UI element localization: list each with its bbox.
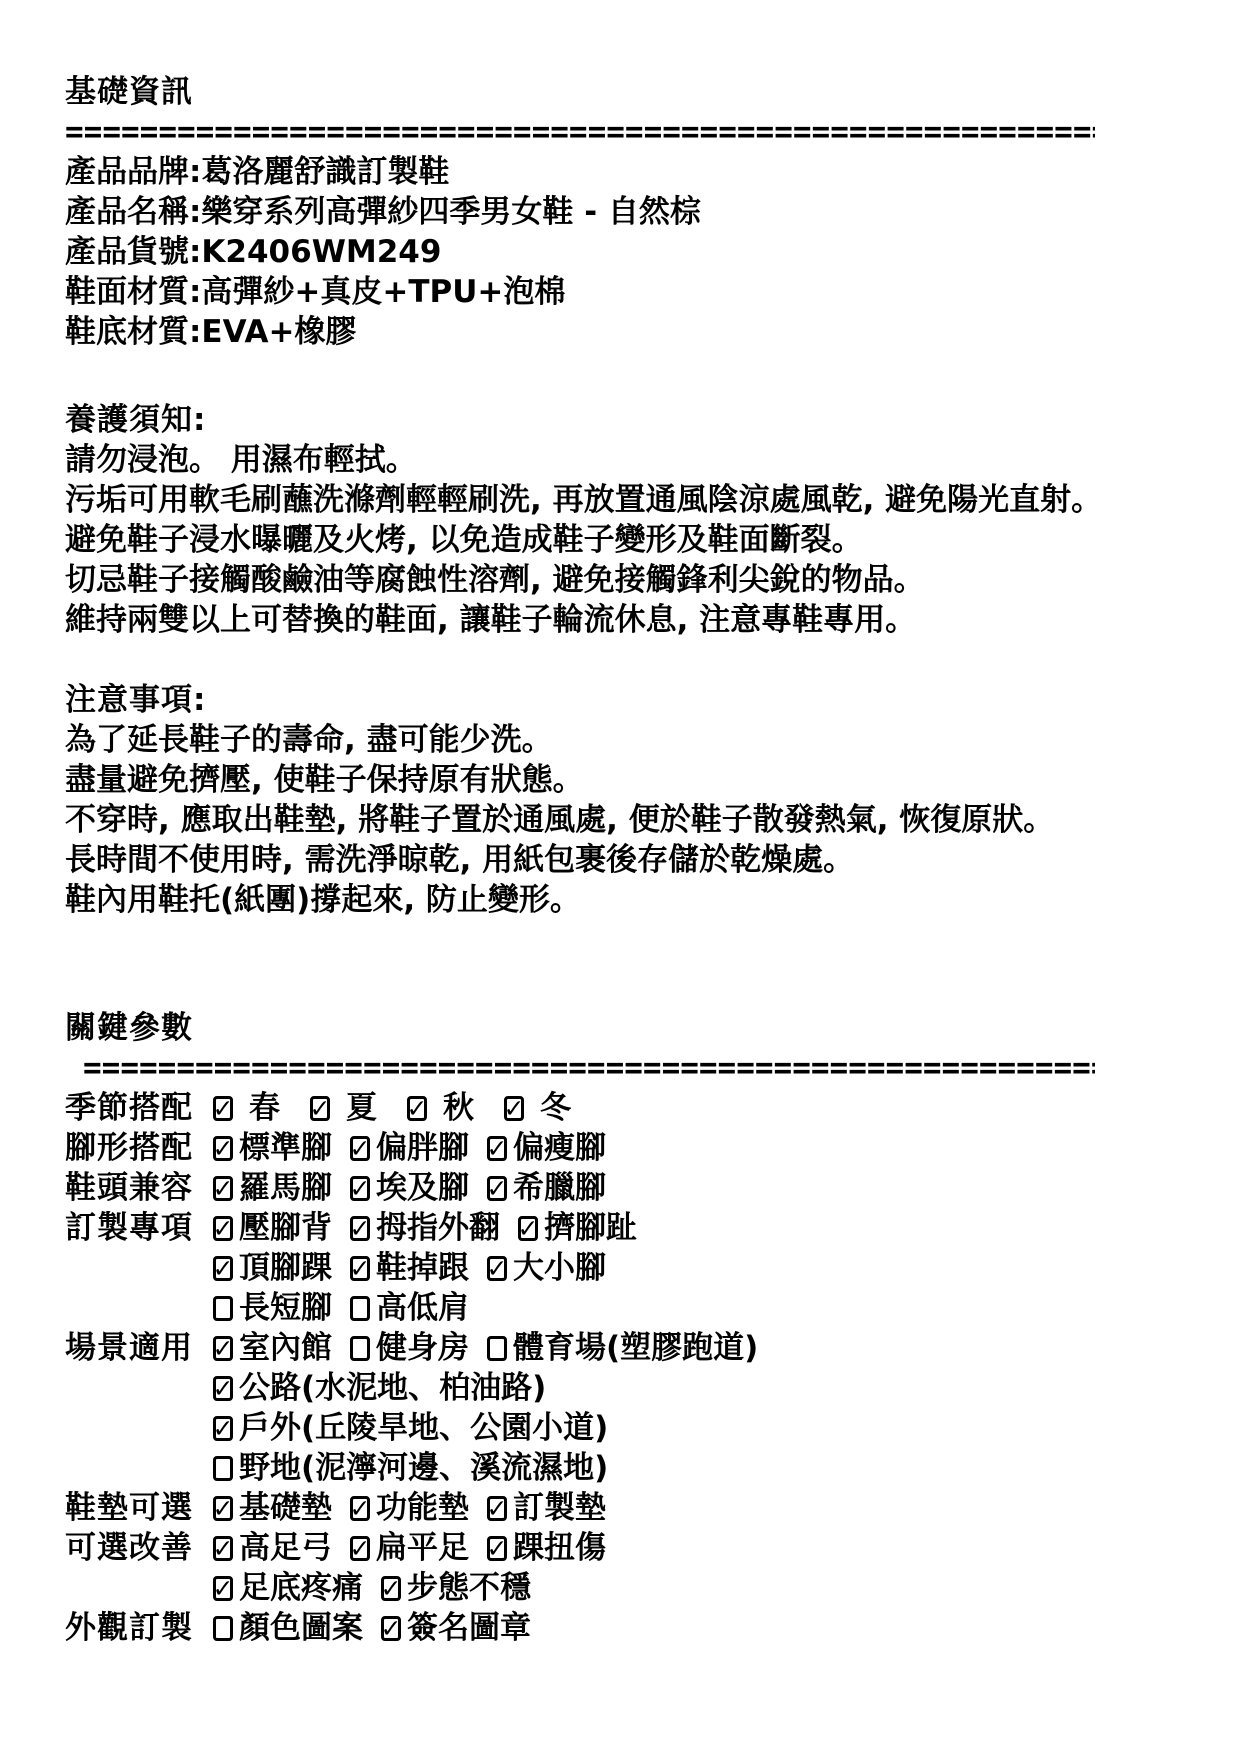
checkbox-icon: ✓ <box>518 1216 538 1241</box>
checkbox-icon: ✓ <box>407 1096 427 1121</box>
checkbox-item: ✓偏瘦腳 <box>487 1128 606 1168</box>
checkbox-label: 埃及腳 <box>376 1168 469 1208</box>
checkbox-label: 頂腳踝 <box>239 1248 332 1288</box>
param-items: ✓基礎墊 ✓功能墊 ✓訂製墊 <box>213 1488 606 1528</box>
param-items: ✓公路(水泥地、柏油路) <box>213 1368 546 1408</box>
checkbox-item: ✓標準腳 <box>213 1128 332 1168</box>
section-title-parameters: 關鍵參數 <box>65 1008 1201 1048</box>
param-items: ✓高足弓 ✓扁平足 ✓踝扭傷 <box>213 1528 606 1568</box>
checkbox-icon: ✓ <box>310 1096 330 1121</box>
checkbox-label: 功能墊 <box>376 1488 469 1528</box>
checkbox-icon: ✓ <box>350 1216 370 1241</box>
checkbox-label: 足底疼痛 <box>239 1568 363 1608</box>
checkbox-label: 基礎墊 <box>239 1488 332 1528</box>
checkbox-item: ✓冬 <box>504 1088 571 1128</box>
checkbox-item: ✓秋 <box>407 1088 474 1128</box>
separator-text: ========================================… <box>83 1050 1095 1086</box>
param-items: ✓頂腳踝 ✓鞋掉跟 ✓大小腳 <box>213 1248 606 1288</box>
checkbox-label: 偏胖腳 <box>376 1128 469 1168</box>
checkbox-icon: ✓ <box>350 1496 370 1521</box>
checkbox-label: 顏色圖案 <box>239 1608 363 1648</box>
param-items: ✓春 ✓夏 ✓秋 ✓冬 <box>213 1088 571 1128</box>
param-row-insole: 鞋墊可選 ✓基礎墊 ✓功能墊 ✓訂製墊 <box>65 1488 1201 1528</box>
param-items: ✓羅馬腳 ✓埃及腳 ✓希臘腳 <box>213 1168 606 1208</box>
param-row-custom-3: 長短腳 高低肩 <box>65 1288 1201 1328</box>
param-row-scene-2: ✓公路(水泥地、柏油路) <box>65 1368 1201 1408</box>
care-line: 切忌鞋子接觸酸鹼油等腐蝕性溶劑, 避免接觸鋒利尖銳的物品。 <box>65 560 1201 600</box>
checkbox-item: ✓壓腳背 <box>213 1208 332 1248</box>
checkbox-label: 簽名圖章 <box>407 1608 531 1648</box>
checkbox-icon: ✓ <box>213 1376 233 1401</box>
checkbox-label: 秋 <box>443 1088 474 1128</box>
checkbox-label: 野地(泥濘河邊、溪流濕地) <box>239 1448 608 1488</box>
checkbox-item: ✓基礎墊 <box>213 1488 332 1528</box>
product-brand-line: 產品品牌:葛洛麗舒識訂製鞋 <box>65 152 1201 192</box>
checkbox-icon: ✓ <box>213 1136 233 1161</box>
checkbox-item: ✓足底疼痛 <box>213 1568 363 1608</box>
checkbox-item: ✓大小腳 <box>487 1248 606 1288</box>
checkbox-icon: ✓ <box>487 1176 507 1201</box>
param-label: 可選改善 <box>65 1528 213 1568</box>
checkbox-icon: ✓ <box>213 1496 233 1521</box>
param-row-appearance: 外觀訂製 顏色圖案 ✓簽名圖章 <box>65 1608 1201 1648</box>
checkbox-label: 步態不穩 <box>407 1568 531 1608</box>
checkbox-item: ✓頂腳踝 <box>213 1248 332 1288</box>
checkbox-label: 標準腳 <box>239 1128 332 1168</box>
param-row-toe-shape: 鞋頭兼容 ✓羅馬腳 ✓埃及腳 ✓希臘腳 <box>65 1168 1201 1208</box>
notes-line: 鞋內用鞋托(紙團)撐起來, 防止變形。 <box>65 880 1201 920</box>
checkbox-item: ✓室內館 <box>213 1328 332 1368</box>
checkbox-icon: ✓ <box>350 1136 370 1161</box>
checkbox-item: 體育場(塑膠跑道) <box>487 1328 758 1368</box>
separator-line: ========================================… <box>83 1048 1095 1088</box>
checkbox-item: ✓簽名圖章 <box>381 1608 531 1648</box>
checkbox-item: ✓埃及腳 <box>350 1168 469 1208</box>
param-row-improve-2: ✓足底疼痛 ✓步態不穩 <box>65 1568 1201 1608</box>
checkbox-icon <box>350 1296 370 1321</box>
checkbox-item: ✓踝扭傷 <box>487 1528 606 1568</box>
checkbox-label: 羅馬腳 <box>239 1168 332 1208</box>
checkbox-item: ✓戶外(丘陵旱地、公園小道) <box>213 1408 608 1448</box>
checkbox-icon <box>350 1336 370 1361</box>
checkbox-item: 健身房 <box>350 1328 469 1368</box>
checkbox-icon: ✓ <box>381 1616 401 1641</box>
checkbox-icon: ✓ <box>487 1256 507 1281</box>
param-label: 鞋頭兼容 <box>65 1168 213 1208</box>
notes-line: 盡量避免擠壓, 使鞋子保持原有狀態。 <box>65 760 1201 800</box>
checkbox-item: ✓夏 <box>310 1088 377 1128</box>
separator-line: ========================================… <box>65 112 1095 152</box>
checkbox-item: ✓春 <box>213 1088 280 1128</box>
care-line: 維持兩雙以上可替換的鞋面, 讓鞋子輪流休息, 注意專鞋專用。 <box>65 600 1201 640</box>
notes-line: 為了延長鞋子的壽命, 盡可能少洗。 <box>65 720 1201 760</box>
checkbox-icon: ✓ <box>213 1256 233 1281</box>
checkbox-label: 公路(水泥地、柏油路) <box>239 1368 546 1408</box>
checkbox-label: 夏 <box>346 1088 377 1128</box>
param-row-custom-2: ✓頂腳踝 ✓鞋掉跟 ✓大小腳 <box>65 1248 1201 1288</box>
checkbox-label: 壓腳背 <box>239 1208 332 1248</box>
checkbox-item: ✓希臘腳 <box>487 1168 606 1208</box>
checkbox-item: ✓功能墊 <box>350 1488 469 1528</box>
checkbox-icon: ✓ <box>213 1096 233 1121</box>
checkbox-icon: ✓ <box>504 1096 524 1121</box>
param-row-scene-3: ✓戶外(丘陵旱地、公園小道) <box>65 1408 1201 1448</box>
checkbox-item: ✓擠腳趾 <box>518 1208 637 1248</box>
section-title-care: 養護須知: <box>65 400 1201 440</box>
product-name-line: 產品名稱:樂穿系列高彈紗四季男女鞋 - 自然棕 <box>65 192 1201 232</box>
notes-line: 長時間不使用時, 需洗淨晾乾, 用紙包裹後存儲於乾燥處。 <box>65 840 1201 880</box>
checkbox-icon <box>487 1336 507 1361</box>
checkbox-icon: ✓ <box>487 1496 507 1521</box>
section-title-basic-info: 基礎資訊 <box>65 72 1201 112</box>
checkbox-label: 拇指外翻 <box>376 1208 500 1248</box>
checkbox-label: 扁平足 <box>376 1528 469 1568</box>
param-row-custom-1: 訂製專項 ✓壓腳背 ✓拇指外翻 ✓擠腳趾 <box>65 1208 1201 1248</box>
checkbox-label: 戶外(丘陵旱地、公園小道) <box>239 1408 608 1448</box>
param-label: 鞋墊可選 <box>65 1488 213 1528</box>
param-items: ✓壓腳背 ✓拇指外翻 ✓擠腳趾 <box>213 1208 637 1248</box>
param-items: 長短腳 高低肩 <box>213 1288 469 1328</box>
param-label: 腳形搭配 <box>65 1128 213 1168</box>
param-label: 季節搭配 <box>65 1088 213 1128</box>
checkbox-label: 長短腳 <box>239 1288 332 1328</box>
param-items: 野地(泥濘河邊、溪流濕地) <box>213 1448 608 1488</box>
checkbox-icon: ✓ <box>213 1536 233 1561</box>
checkbox-label: 大小腳 <box>513 1248 606 1288</box>
document-page: 基礎資訊 ===================================… <box>0 0 1241 1754</box>
checkbox-label: 健身房 <box>376 1328 469 1368</box>
checkbox-icon: ✓ <box>213 1216 233 1241</box>
checkbox-label: 訂製墊 <box>513 1488 606 1528</box>
param-items: ✓室內館 健身房 體育場(塑膠跑道) <box>213 1328 758 1368</box>
checkbox-icon <box>213 1616 233 1641</box>
param-label: 訂製專項 <box>65 1208 213 1248</box>
param-label: 場景適用 <box>65 1328 213 1368</box>
checkbox-item: ✓鞋掉跟 <box>350 1248 469 1288</box>
product-sku-line: 產品貨號:K2406WM249 <box>65 232 1201 272</box>
param-row-improve-1: 可選改善 ✓高足弓 ✓扁平足 ✓踝扭傷 <box>65 1528 1201 1568</box>
care-line: 請勿浸泡。 用濕布輕拭。 <box>65 440 1201 480</box>
notes-line: 不穿時, 應取出鞋墊, 將鞋子置於通風處, 便於鞋子散發熱氣, 恢復原狀。 <box>65 800 1201 840</box>
param-row-scene-1: 場景適用 ✓室內館 健身房 體育場(塑膠跑道) <box>65 1328 1201 1368</box>
checkbox-icon: ✓ <box>350 1536 370 1561</box>
checkbox-label: 踝扭傷 <box>513 1528 606 1568</box>
checkbox-icon: ✓ <box>213 1416 233 1441</box>
checkbox-icon: ✓ <box>213 1176 233 1201</box>
checkbox-label: 春 <box>249 1088 280 1128</box>
checkbox-item: ✓高足弓 <box>213 1528 332 1568</box>
checkbox-item: ✓訂製墊 <box>487 1488 606 1528</box>
checkbox-label: 室內館 <box>239 1328 332 1368</box>
care-line: 污垢可用軟毛刷蘸洗滌劑輕輕刷洗, 再放置通風陰涼處風乾, 避免陽光直射。 <box>65 480 1201 520</box>
checkbox-icon: ✓ <box>487 1536 507 1561</box>
checkbox-item: ✓拇指外翻 <box>350 1208 500 1248</box>
checkbox-item: ✓羅馬腳 <box>213 1168 332 1208</box>
param-row-season: 季節搭配 ✓春 ✓夏 ✓秋 ✓冬 <box>65 1088 1201 1128</box>
checkbox-icon: ✓ <box>350 1256 370 1281</box>
param-items: 顏色圖案 ✓簽名圖章 <box>213 1608 531 1648</box>
checkbox-icon <box>213 1456 233 1481</box>
param-row-scene-4: 野地(泥濘河邊、溪流濕地) <box>65 1448 1201 1488</box>
care-line: 避免鞋子浸水曝曬及火烤, 以免造成鞋子變形及鞋面斷裂。 <box>65 520 1201 560</box>
checkbox-label: 鞋掉跟 <box>376 1248 469 1288</box>
checkbox-item: ✓公路(水泥地、柏油路) <box>213 1368 546 1408</box>
checkbox-icon: ✓ <box>487 1136 507 1161</box>
checkbox-label: 希臘腳 <box>513 1168 606 1208</box>
section-title-notes: 注意事項: <box>65 680 1201 720</box>
upper-material-line: 鞋面材質:高彈紗+真皮+TPU+泡棉 <box>65 272 1201 312</box>
checkbox-label: 擠腳趾 <box>544 1208 637 1248</box>
param-items: ✓標準腳 ✓偏胖腳 ✓偏瘦腳 <box>213 1128 606 1168</box>
checkbox-icon: ✓ <box>213 1336 233 1361</box>
param-label: 外觀訂製 <box>65 1608 213 1648</box>
checkbox-label: 偏瘦腳 <box>513 1128 606 1168</box>
param-row-foot-shape: 腳形搭配 ✓標準腳 ✓偏胖腳 ✓偏瘦腳 <box>65 1128 1201 1168</box>
checkbox-icon: ✓ <box>213 1576 233 1601</box>
param-items: ✓足底疼痛 ✓步態不穩 <box>213 1568 531 1608</box>
sole-material-line: 鞋底材質:EVA+橡膠 <box>65 312 1201 352</box>
checkbox-label: 冬 <box>540 1088 571 1128</box>
checkbox-label: 體育場(塑膠跑道) <box>513 1328 758 1368</box>
param-items: ✓戶外(丘陵旱地、公園小道) <box>213 1408 608 1448</box>
checkbox-item: 野地(泥濘河邊、溪流濕地) <box>213 1448 608 1488</box>
checkbox-icon <box>213 1296 233 1321</box>
checkbox-item: ✓步態不穩 <box>381 1568 531 1608</box>
checkbox-item: 高低肩 <box>350 1288 469 1328</box>
checkbox-icon: ✓ <box>350 1176 370 1201</box>
checkbox-item: 顏色圖案 <box>213 1608 363 1648</box>
checkbox-item: 長短腳 <box>213 1288 332 1328</box>
checkbox-item: ✓偏胖腳 <box>350 1128 469 1168</box>
checkbox-icon: ✓ <box>381 1576 401 1601</box>
checkbox-label: 高低肩 <box>376 1288 469 1328</box>
checkbox-label: 高足弓 <box>239 1528 332 1568</box>
separator-text: ========================================… <box>65 114 1095 150</box>
checkbox-item: ✓扁平足 <box>350 1528 469 1568</box>
